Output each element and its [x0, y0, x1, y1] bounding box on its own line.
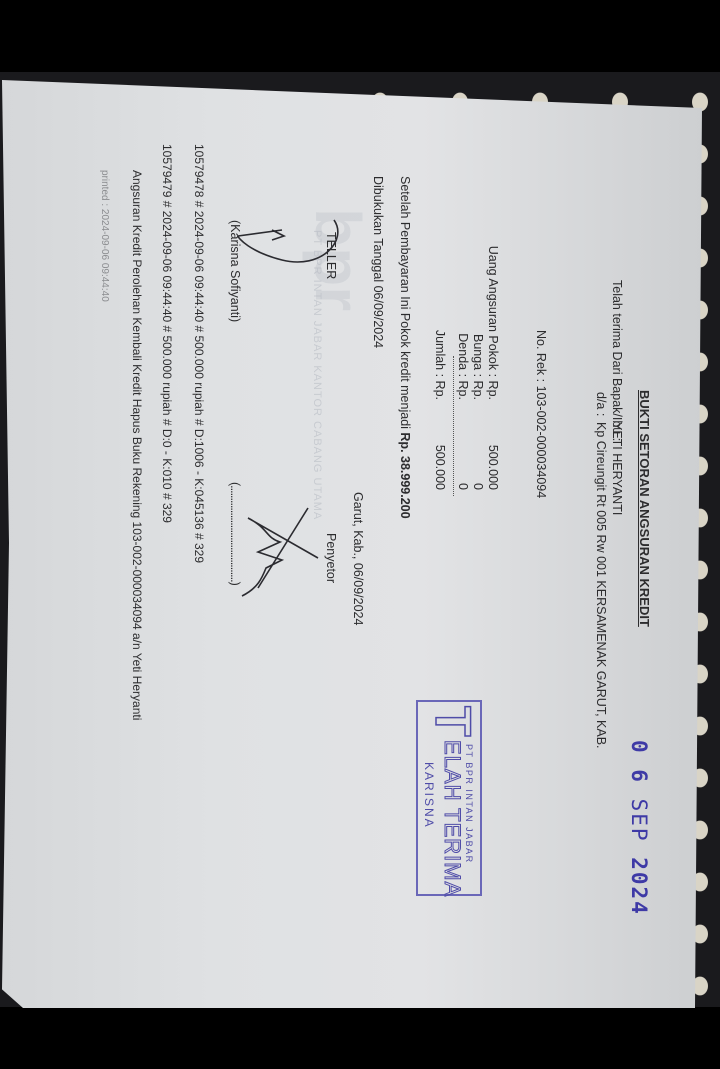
teller-signature-icon: [232, 200, 342, 290]
total-value: 500.000: [432, 370, 447, 490]
account-number: No. Rek : 103-002-000034094: [533, 330, 548, 498]
received-from-label: Telah terima Dari Bapak/Ibu :: [609, 280, 624, 441]
address-label: d/a :: [593, 392, 608, 416]
date-stamp-month: SEP: [627, 799, 651, 843]
address-lines: Kp Cireungit Rt 005 Rw 001 KERSAMENAK GA…: [593, 422, 608, 749]
received-stamp-text: ELAH TERIMA: [440, 740, 464, 897]
receipt-note: Angsuran Kredit Perolehan Kembali Kredit…: [129, 170, 144, 720]
transaction-log-line-2: 10579479 # 2024-09-06 09:44:40 # 500.000…: [159, 144, 174, 523]
received-stamp: T PT BPR INTAN JABAR ELAH TERIMA KARISNA: [416, 700, 482, 896]
date-stamp: 0 6 SEP 2024: [631, 740, 646, 916]
remaining-principal: Setelah Pembayaran Ini Pokok kredit menj…: [397, 176, 412, 519]
received-stamp-letter: T: [426, 706, 480, 737]
date-stamp-day: 0 6: [627, 740, 651, 784]
remaining-principal-text: Setelah Pembayaran Ini Pokok kredit menj…: [398, 176, 412, 429]
place-and-date: Garut, Kab., 06/09/2024: [350, 492, 365, 625]
received-from-name: YETI HERYANTI: [609, 422, 624, 515]
sum-divider: [453, 356, 454, 496]
remaining-principal-amount: Rp. 38.999.200: [398, 432, 412, 518]
transaction-log-line-1: 10579478 # 2024-09-06 09:44:40 # 500.000…: [191, 144, 206, 563]
receipt-title: BUKTI SETORAN ANGSURAN KREDIT: [637, 390, 652, 627]
penalty-value: 0: [455, 370, 470, 490]
received-stamp-name: KARISNA: [421, 762, 436, 829]
receipt-print-timestamp: printed : 2024-09-06 09:44:40: [97, 170, 112, 302]
principal-value: 500.000: [485, 370, 500, 490]
depositor-signature-icon: [238, 498, 328, 608]
deposit-receipt: BUKTI SETORAN ANGSURAN KREDIT Telah teri…: [20, 140, 660, 940]
interest-value: 0: [470, 370, 485, 490]
date-stamp-year: 2024: [627, 857, 651, 916]
